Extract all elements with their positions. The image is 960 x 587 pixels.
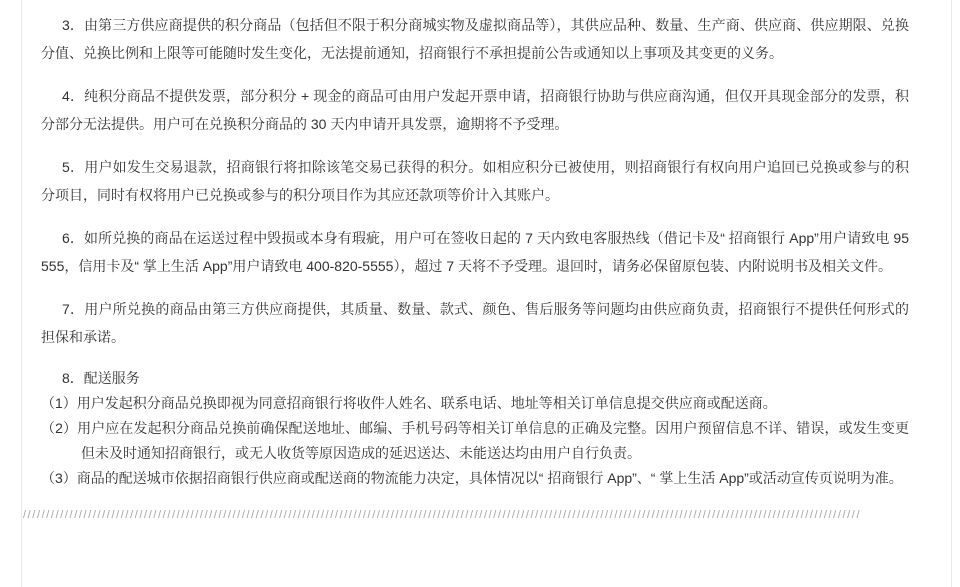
term-paragraph-5: 5．用户如发生交易退款，招商银行将扣除该笔交易已获得的积分。如相应积分已被使用，… [41, 153, 909, 209]
terms-content: 3．由第三方供应商提供的积分商品（包括但不限于积分商城实物及虚拟商品等），其供应… [22, 0, 951, 522]
term-section-8-sub-2: （2）用户应在发起积分商品兑换前确保配送地址、邮编、手机号码等相关订单信息的正确… [41, 416, 909, 466]
term-section-8-sub-3: （3）商品的配送城市依据招商银行供应商或配送商的物流能力决定，具体情况以“ 招商… [41, 466, 909, 491]
term-section-8: 8．配送服务 （1）用户发起积分商品兑换即视为同意招商银行将收件人姓名、联系电话… [41, 366, 909, 491]
slash-divider: ////////////////////////////////////////… [23, 509, 909, 522]
terms-page: 3．由第三方供应商提供的积分商品（包括但不限于积分商城实物及虚拟商品等），其供应… [0, 0, 960, 587]
term-paragraph-3: 3．由第三方供应商提供的积分商品（包括但不限于积分商城实物及虚拟商品等），其供应… [41, 11, 909, 67]
term-section-8-sub-1: （1）用户发起积分商品兑换即视为同意招商银行将收件人姓名、联系电话、地址等相关订… [41, 391, 909, 416]
term-paragraph-7: 7．用户所兑换的商品由第三方供应商提供，其质量、数量、款式、颜色、售后服务等问题… [41, 295, 909, 351]
terms-sheet: 3．由第三方供应商提供的积分商品（包括但不限于积分商城实物及虚拟商品等），其供应… [21, 0, 952, 587]
term-section-8-heading: 8．配送服务 [41, 366, 909, 391]
term-paragraph-6: 6．如所兑换的商品在运送过程中毁损或本身有瑕疵，用户可在签收日起的 7 天内致电… [41, 224, 909, 280]
term-paragraph-4: 4．纯积分商品不提供发票，部分积分 + 现金的商品可由用户发起开票申请，招商银行… [41, 82, 909, 138]
